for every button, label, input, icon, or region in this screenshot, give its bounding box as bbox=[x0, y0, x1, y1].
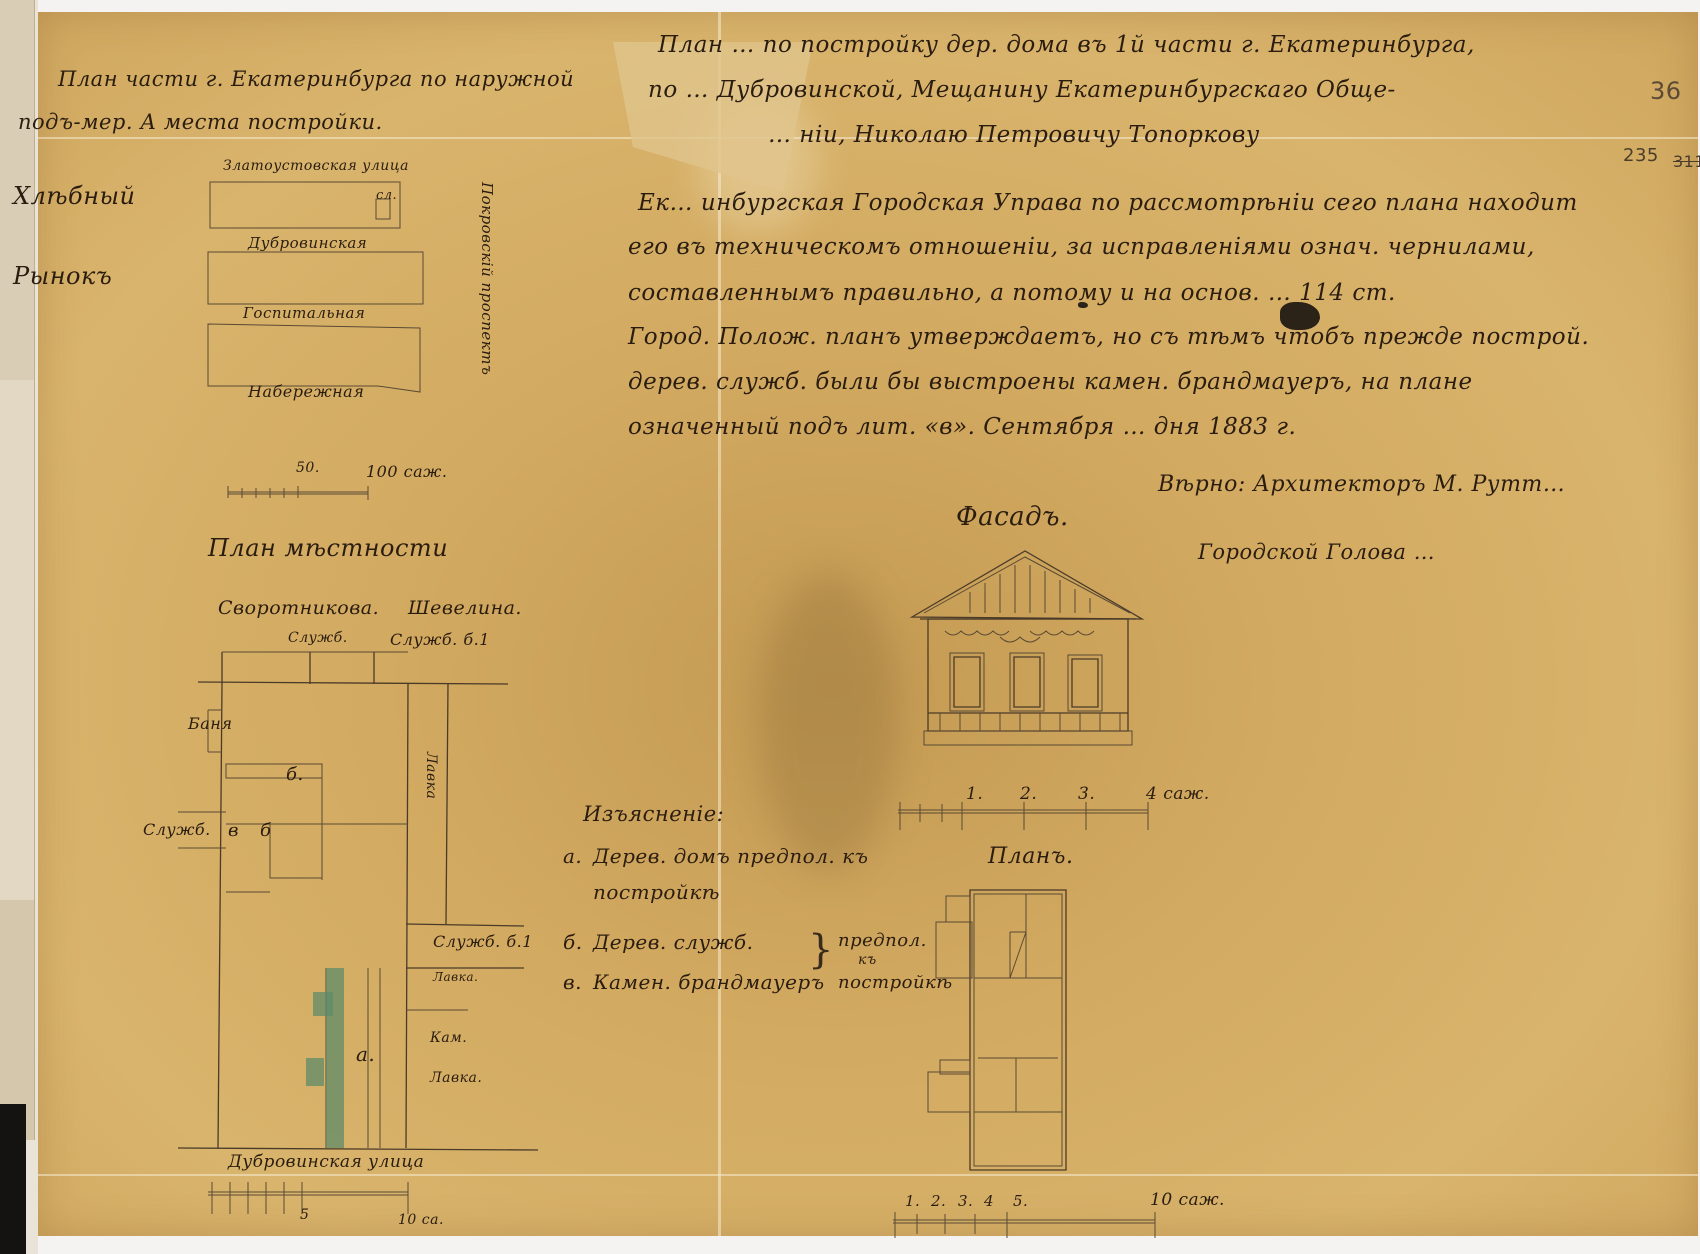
site-letter: в bbox=[228, 820, 239, 841]
market-label: Хлѣбный bbox=[13, 182, 136, 210]
floor-scale-tick: 2. bbox=[931, 1192, 946, 1210]
site-label: Служб. б.1 bbox=[390, 630, 490, 649]
site-label: Служб. bbox=[143, 820, 211, 839]
facade-title: Фасадъ. bbox=[956, 502, 1069, 532]
resolution-line: Ек… инбургская Городская Управа по рассм… bbox=[638, 190, 1578, 216]
legend-brace: } bbox=[808, 927, 834, 973]
scale-label: 50. bbox=[296, 460, 320, 476]
floor-scale-tick: 5. bbox=[1013, 1192, 1028, 1210]
site-label: Служб. bbox=[288, 630, 348, 646]
brace-note: предпол. bbox=[838, 930, 927, 951]
market-label: Рынокъ bbox=[13, 262, 112, 290]
floor-plan-drawing bbox=[928, 882, 1108, 1182]
document-sheet: План части г. Екатеринбурга по наружной … bbox=[38, 12, 1698, 1236]
legend-key: а. bbox=[563, 844, 582, 868]
site-label: Кам. bbox=[430, 1030, 467, 1046]
street-label: Госпитальная bbox=[243, 304, 365, 322]
pencil-mark: 235 bbox=[1623, 145, 1659, 166]
floor-scale-bar bbox=[893, 1212, 1163, 1242]
pencil-mark: 3115 bbox=[1673, 152, 1700, 171]
facade-scale-tick: 1. bbox=[966, 784, 983, 804]
water-stain bbox=[758, 572, 898, 872]
legend-key: в. bbox=[563, 970, 582, 994]
street-label-bottom: Дубровинская улица bbox=[228, 1152, 424, 1172]
site-plan-drawing bbox=[178, 612, 538, 1172]
legend-text: Дерев. домъ предпол. къ bbox=[593, 844, 868, 868]
scale-label: 5 bbox=[300, 1207, 309, 1223]
header-left-line2: подъ-мер. А места постройки. bbox=[18, 110, 383, 134]
site-label: Лавка. bbox=[433, 970, 478, 984]
brace-note: къ bbox=[858, 952, 877, 968]
site-label-banya: Баня bbox=[188, 714, 232, 733]
lot-marker: сл. bbox=[376, 188, 397, 203]
archive-sheet-number: 36 bbox=[1650, 77, 1682, 105]
facade-scale-end: 4 саж. bbox=[1146, 784, 1210, 804]
resolution-line: означенный подъ лит. «в». Сентября … дня… bbox=[628, 414, 1296, 440]
site-letter: б bbox=[260, 820, 272, 841]
legend-text: Дерев. служб. bbox=[593, 930, 753, 954]
street-label: Дубровинская bbox=[248, 234, 367, 252]
site-label: Служб. б.1 bbox=[433, 932, 533, 951]
site-letter-a: а. bbox=[356, 1042, 375, 1066]
street-label: Златоустовская улица bbox=[223, 158, 409, 174]
site-plan-title: План мѣстности bbox=[208, 534, 448, 562]
floor-scale-tick: 4 bbox=[984, 1192, 994, 1210]
mayor-signature: Городской Голова … bbox=[1198, 540, 1435, 564]
facade-scale-bar bbox=[898, 802, 1158, 832]
architect-signature: Вѣрно: Архитекторъ М. Рутт… bbox=[1158, 472, 1565, 497]
torn-area bbox=[613, 42, 813, 192]
resolution-line: Город. Полож. планъ утверждаетъ, но съ т… bbox=[628, 324, 1589, 350]
header-right-line3: … ніи, Николаю Петровичу Топоркову bbox=[768, 122, 1260, 148]
street-label: Набережная bbox=[248, 382, 364, 401]
facade-drawing bbox=[910, 547, 1170, 747]
floor-plan-title: Планъ. bbox=[988, 844, 1073, 869]
legend-title: Изъясненіе: bbox=[583, 802, 724, 826]
facade-scale-tick: 2. bbox=[1020, 784, 1037, 804]
scan-shadow bbox=[0, 1104, 26, 1254]
resolution-line: его въ техническомъ отношеніи, за исправ… bbox=[628, 234, 1535, 260]
horizontal-fold bbox=[38, 1174, 1698, 1176]
legend-text: постройкѣ bbox=[593, 880, 720, 904]
site-letter: б. bbox=[286, 764, 304, 785]
header-right-line2: по … Дубровинской, Мещанину Екатеринбург… bbox=[648, 77, 1396, 103]
facade-scale-tick: 3. bbox=[1078, 784, 1095, 804]
resolution-line: дерев. служб. были бы выстроены камен. б… bbox=[628, 369, 1473, 395]
site-label: Лавка. bbox=[430, 1070, 482, 1086]
scale-bar bbox=[208, 1182, 428, 1218]
site-label: Лавка bbox=[423, 752, 439, 799]
legend-key: б. bbox=[563, 930, 583, 954]
floor-scale-tick: 3. bbox=[958, 1192, 973, 1210]
floor-scale-tick: 1. bbox=[905, 1192, 920, 1210]
header-left-line1: План части г. Екатеринбурга по наружной bbox=[58, 67, 574, 91]
header-right-line1: План … по постройку дер. дома въ 1й част… bbox=[658, 32, 1475, 58]
legend-text: Камен. брандмауеръ bbox=[593, 970, 825, 994]
scale-label: 10 са. bbox=[398, 1212, 444, 1228]
resolution-line: составленнымъ правильно, а потому и на о… bbox=[628, 280, 1396, 306]
binding-fold bbox=[0, 380, 35, 900]
floor-scale-end: 10 саж. bbox=[1150, 1190, 1225, 1210]
prospect-label: Покровскій проспектъ bbox=[478, 182, 496, 375]
scale-bar bbox=[228, 482, 378, 502]
situation-plan-drawing bbox=[198, 172, 458, 412]
scale-label: 100 саж. bbox=[366, 462, 447, 481]
